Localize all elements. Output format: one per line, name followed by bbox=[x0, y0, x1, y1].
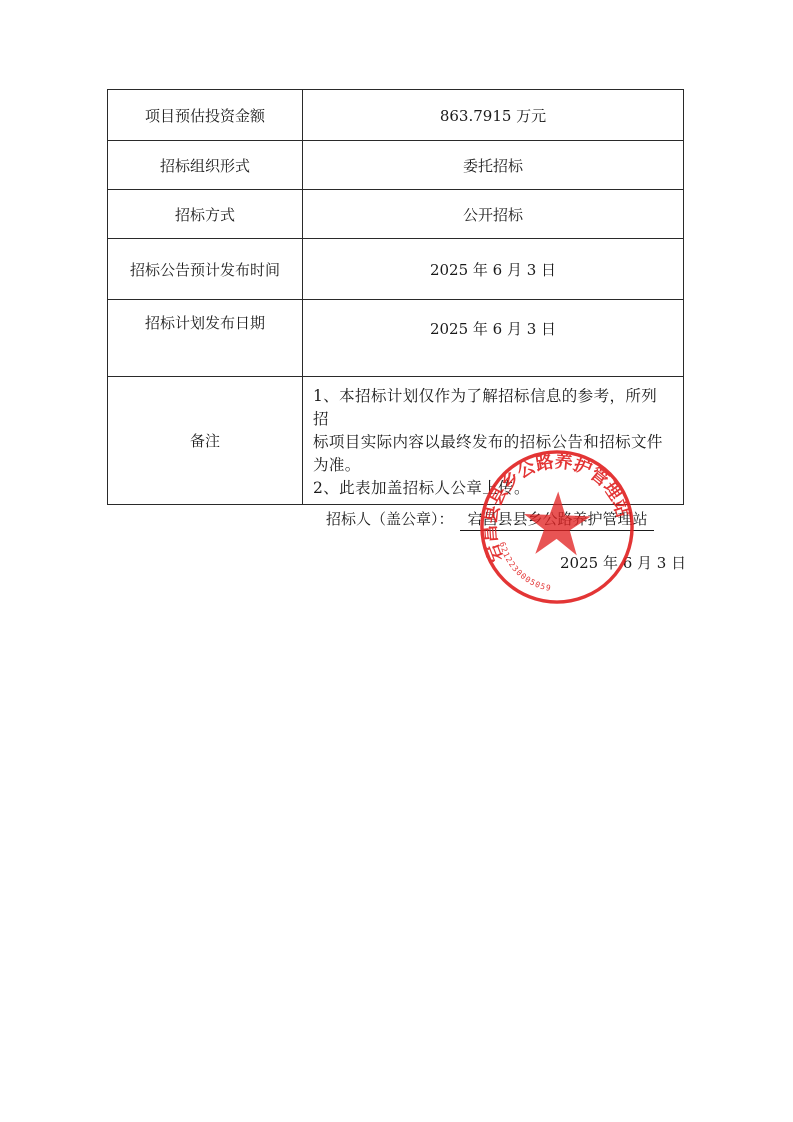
svg-text:6212230005059: 6212230005059 bbox=[498, 541, 553, 593]
table-row: 招标计划发布日期 2025 年 6 月 3 日 bbox=[108, 300, 684, 377]
signer-label: 招标人（盖公章）： bbox=[326, 510, 454, 528]
table-row: 项目预估投资金额 863.7915 万元 bbox=[108, 90, 684, 141]
row-value: 863.7915 万元 bbox=[303, 90, 684, 141]
row-label: 项目预估投资金额 bbox=[108, 90, 303, 141]
signer-line: 招标人（盖公章）：宕昌县县乡公路养护管理站 bbox=[326, 508, 654, 531]
signer-organization: 宕昌县县乡公路养护管理站 bbox=[460, 508, 654, 531]
remarks-row: 备注 1、本招标计划仅作为了解招标信息的参考，所列招 标项目实际内容以最终发布的… bbox=[108, 377, 684, 505]
seal-code: 6212230005059 bbox=[498, 541, 553, 593]
remarks-line: 标项目实际内容以最终发布的招标公告和招标文件 bbox=[313, 431, 673, 454]
row-value: 公开招标 bbox=[303, 190, 684, 239]
row-label: 招标方式 bbox=[108, 190, 303, 239]
row-value: 2025 年 6 月 3 日 bbox=[303, 300, 684, 377]
remarks-line: 1、本招标计划仅作为了解招标信息的参考，所列招 bbox=[313, 385, 673, 431]
row-value: 委托招标 bbox=[303, 141, 684, 190]
remarks-content: 1、本招标计划仅作为了解招标信息的参考，所列招 标项目实际内容以最终发布的招标公… bbox=[303, 377, 684, 505]
row-value: 2025 年 6 月 3 日 bbox=[303, 239, 684, 300]
bidding-plan-table: 项目预估投资金额 863.7915 万元 招标组织形式 委托招标 招标方式 公开… bbox=[107, 89, 684, 505]
signature-date: 2025 年 6 月 3 日 bbox=[560, 552, 686, 573]
remarks-label: 备注 bbox=[108, 377, 303, 505]
table-row: 招标组织形式 委托招标 bbox=[108, 141, 684, 190]
row-label: 招标计划发布日期 bbox=[108, 300, 303, 377]
table-row: 招标方式 公开招标 bbox=[108, 190, 684, 239]
row-label: 招标公告预计发布时间 bbox=[108, 239, 303, 300]
remarks-line: 2、此表加盖招标人公章上传。 bbox=[313, 477, 673, 500]
row-label: 招标组织形式 bbox=[108, 141, 303, 190]
remarks-line: 为准。 bbox=[313, 454, 673, 477]
table-row: 招标公告预计发布时间 2025 年 6 月 3 日 bbox=[108, 239, 684, 300]
